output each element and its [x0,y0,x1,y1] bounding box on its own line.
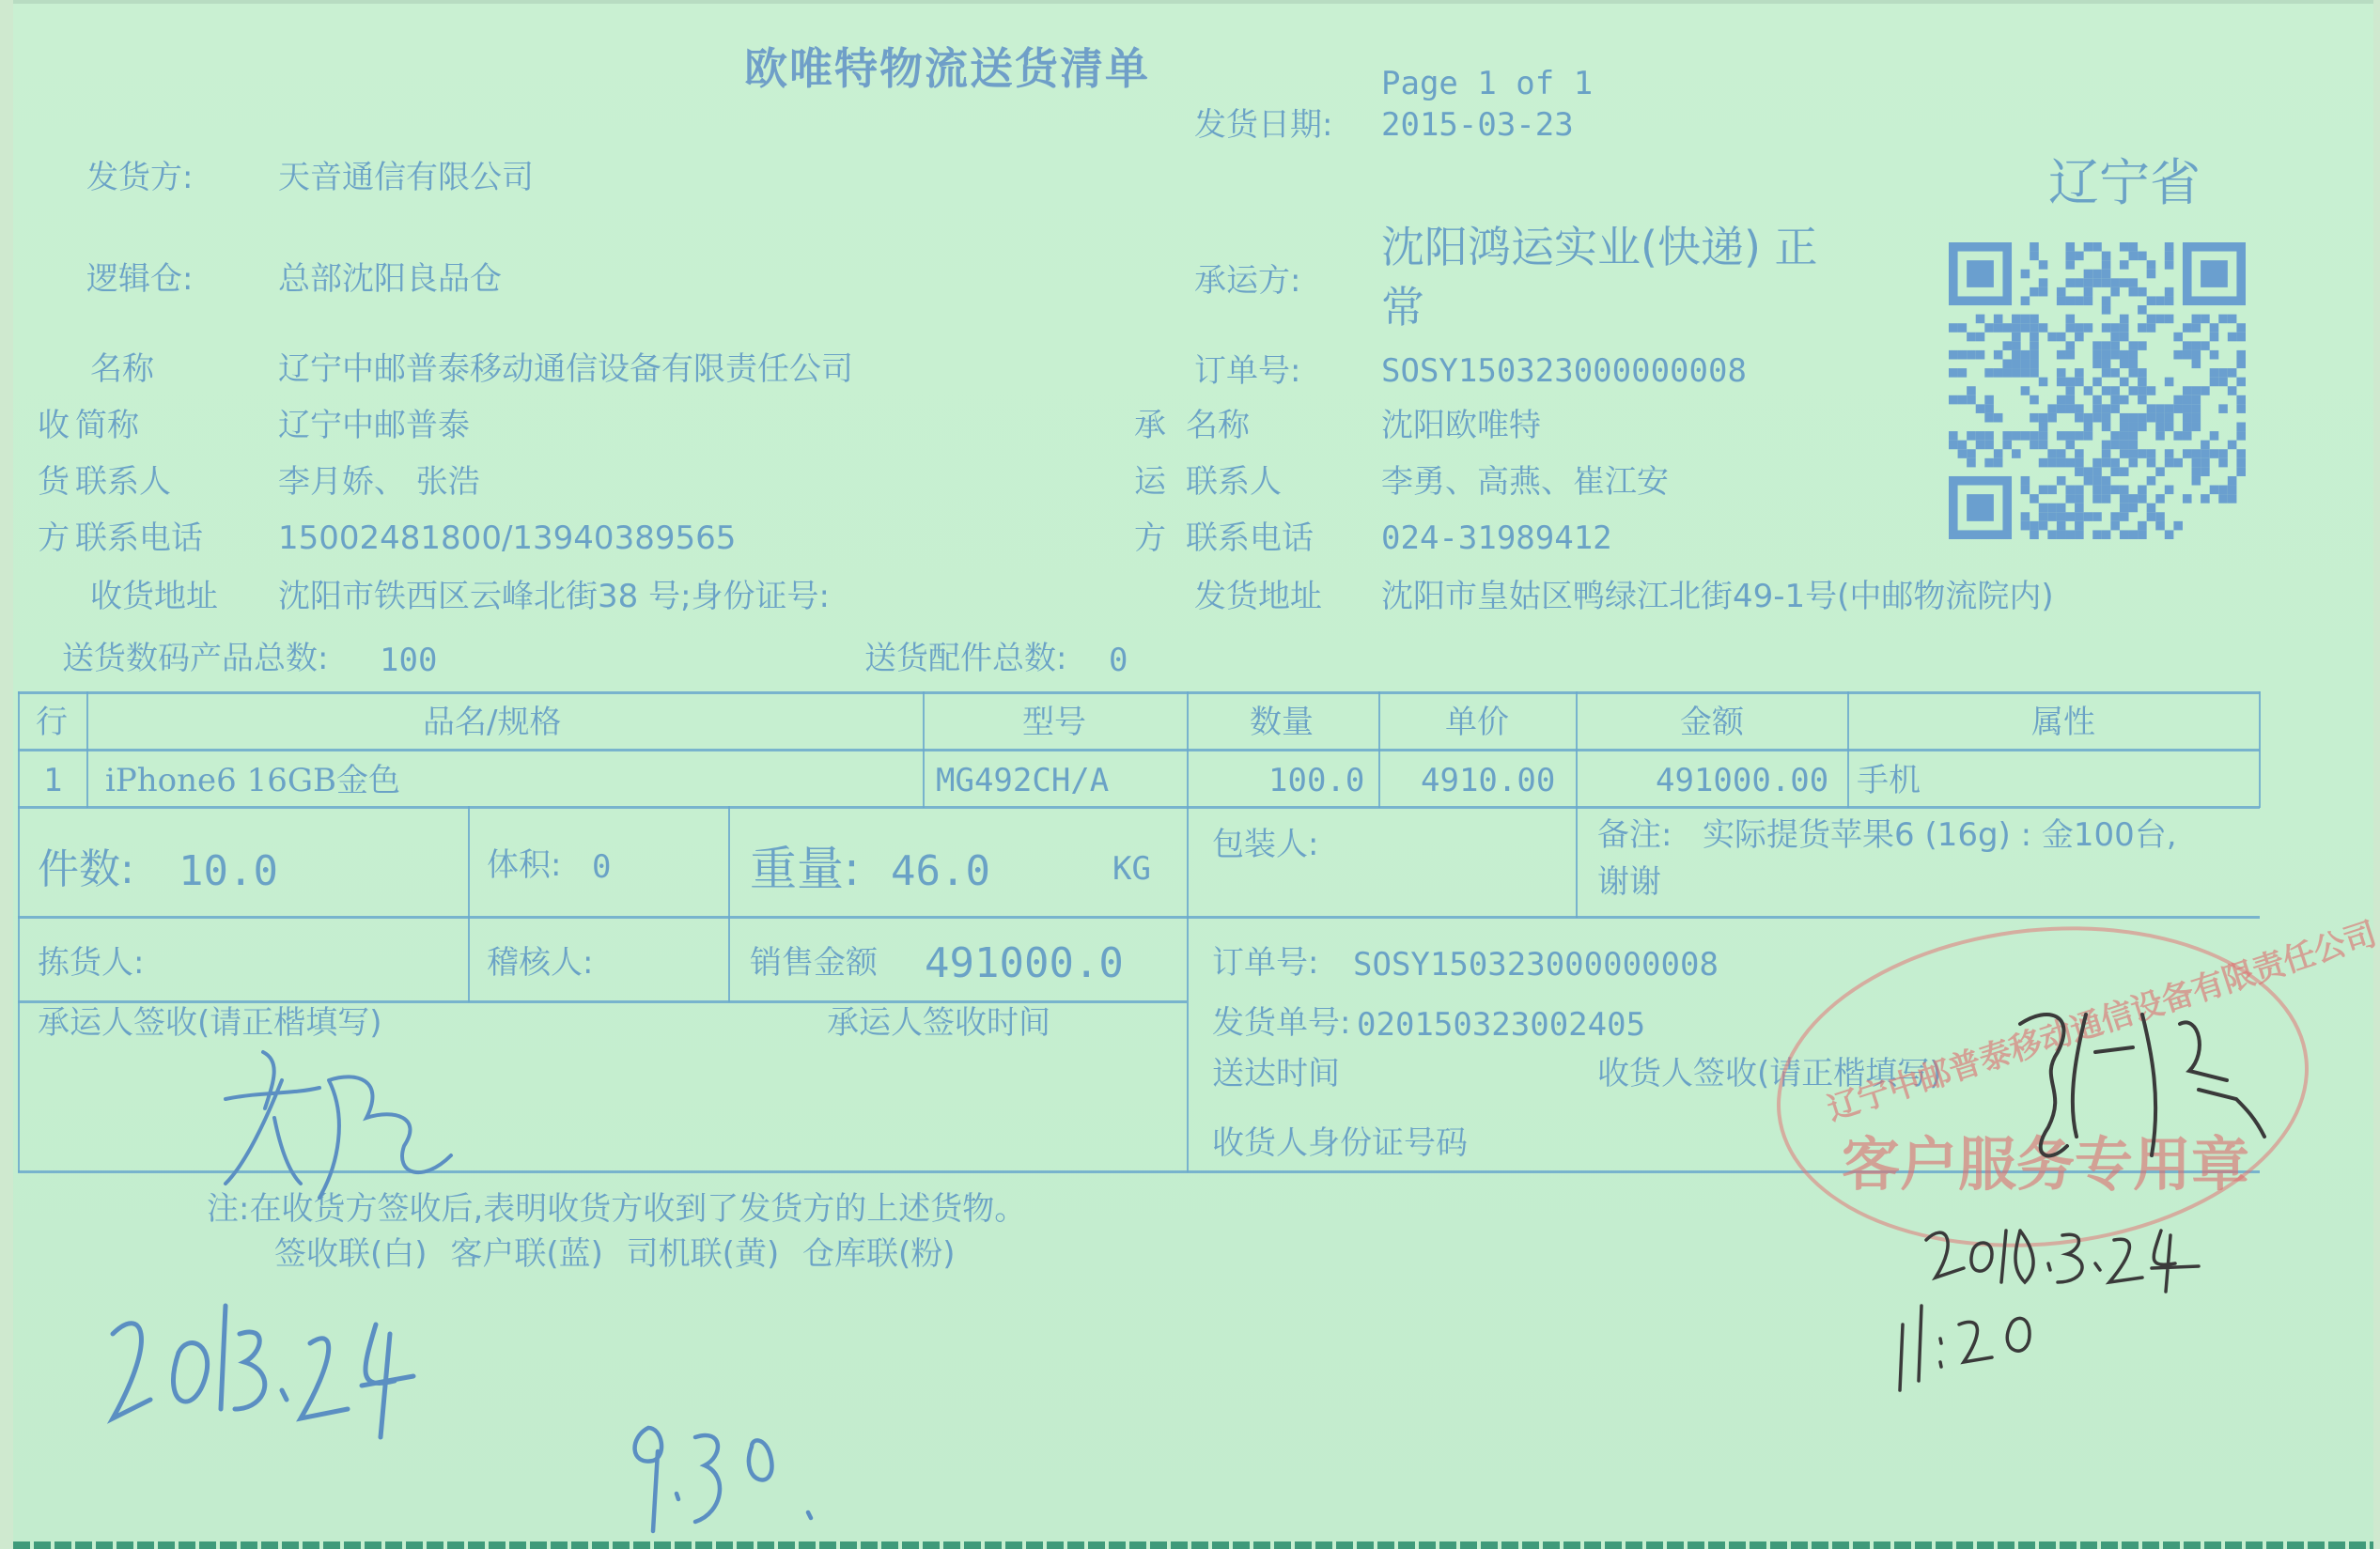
carrier-side-2: 运 [1134,466,1166,498]
col-header-model: 型号 [1022,706,1086,738]
carrier-label: 承运方: [1194,265,1300,297]
ship-no-value: 020150323002405 [1357,1009,1645,1041]
picker-label: 拣货人: [38,947,144,979]
carrier-contact-label: 联系人 [1186,466,1282,498]
pieces-value: 10.0 [179,851,278,892]
receiver-date-handwritten [1917,1212,2217,1296]
carrier-phone: 024-31989412 [1381,522,1612,554]
cell-attribute: 手机 [1857,765,1921,797]
cell-qty: 100.0 [1268,765,1364,797]
perforated-edge [13,1541,2373,1549]
table-line [728,806,730,1002]
table-line [86,691,88,808]
cell-model: MG492CH/A [936,765,1109,797]
table-line [18,806,2260,809]
cell-unit-price: 4910.00 [1421,765,1555,797]
carrier-value-line1: 沈阳鸿运实业(快递) 正 [1381,225,1818,269]
carrier-address: 沈阳市皇姑区鸭绿江北街49-1号(中邮物流院内) [1381,581,2054,612]
carrier-side-3: 方 [1134,522,1166,554]
remark-label: 备注: [1597,819,1672,851]
table-line [1187,691,1189,1172]
consignee-short: 辽宁中邮普泰 [278,410,470,441]
remark-value-line2: 谢谢 [1597,866,1661,898]
carrier-signature [207,1043,507,1202]
table-line [923,691,925,808]
shipper-label: 发货方: [86,162,193,194]
receiver-id-label: 收货人身份证号码 [1212,1127,1468,1159]
consignee-side-2: 货 [38,466,70,498]
digital-total: 100 [380,644,437,676]
consignee-address: 沈阳市铁西区云峰北街38 号;身份证号: [278,581,830,612]
order-no-label: 订单号: [1212,947,1318,979]
shipper-value: 天音通信有限公司 [278,162,534,194]
carrier-phone-label: 联系电话 [1186,522,1314,554]
cell-amount: 491000.00 [1656,765,1828,797]
accessory-total: 0 [1109,644,1128,676]
province-label: 辽宁省 [2048,158,2201,209]
remark-value: 实际提货苹果6 (16g) : 金100台, [1703,819,2177,851]
table-line [1847,691,1849,808]
carrier-order-label: 订单号: [1194,355,1300,387]
weight-unit: KG [1112,853,1151,885]
qr-code [1948,242,2247,539]
consignee-contact-label: 联系人 [75,466,171,498]
col-header-name: 品名/规格 [423,706,561,738]
sales-amount-value: 491000.0 [925,943,1124,984]
table-line [1576,691,1578,918]
col-header-unit-price: 单价 [1445,706,1509,738]
carrier-sign-label: 承运人签收(请正楷填写) [38,1007,382,1039]
cell-name: iPhone6 16GB金色 [105,765,400,797]
table-line [468,806,470,1002]
consignee-phone-label: 联系电话 [75,522,203,554]
col-header-line: 行 [36,706,68,738]
ship-no-label: 发货单号: [1212,1007,1350,1039]
cell-line: 1 [43,765,62,797]
table-line [2259,691,2261,808]
consignee-name-label: 名称 [90,353,154,385]
col-header-qty: 数量 [1250,706,1314,738]
table-line [18,749,2260,751]
table-line [18,1000,1187,1003]
carrier-date-handwritten [94,1296,583,1447]
sales-amount-label: 销售金额 [750,947,878,979]
warehouse-label: 逻辑仓: [86,263,193,295]
table-line [18,691,2260,694]
weight-value: 46.0 [891,851,990,892]
consignee-address-label: 收货地址 [90,581,218,612]
consignee-short-label: 简称 [75,410,139,441]
carrier-order-number: SOSY150323000000008 [1381,355,1747,387]
weight-label: 重量: [750,845,860,892]
delivery-time-label: 送达时间 [1212,1058,1340,1090]
volume-value: 0 [592,851,611,883]
ship-date-label: 发货日期: [1194,109,1332,141]
carrier-value-line2: 常 [1381,286,1424,329]
volume-label: 体积: [487,849,561,881]
carrier-sign-time-label: 承运人签收时间 [827,1007,1050,1039]
warehouse-value: 总部沈阳良品仓 [278,263,502,295]
table-line [1378,691,1380,808]
document-title: 欧唯特物流送货清单 [744,47,1150,90]
carrier-name-label: 名称 [1186,410,1250,441]
col-header-amount: 金额 [1680,706,1744,738]
footer-copies: 签收联(白) 客户联(蓝) 司机联(黄) 仓库联(粉) [274,1238,956,1270]
carrier-address-label: 发货地址 [1194,581,1322,612]
digital-total-label: 送货数码产品总数: [62,643,328,674]
carrier-contact: 李勇、高燕、崔江安 [1381,466,1669,498]
carrier-side-1: 承 [1134,410,1166,441]
col-header-attribute: 属性 [2031,706,2095,738]
pieces-label: 件数: [38,849,134,891]
order-no-value: SOSY150323000000008 [1353,949,1719,981]
consignee-side-3: 方 [38,522,70,554]
ship-date: 2015-03-23 [1381,109,1574,141]
carrier-time-handwritten [620,1409,846,1541]
accessory-total-label: 送货配件总数: [864,643,1066,674]
consignee-phone: 15002481800/13940389565 [278,522,736,554]
auditor-label: 稽核人: [487,947,593,979]
carrier-name: 沈阳欧唯特 [1381,410,1541,441]
packer-label: 包装人: [1212,829,1318,860]
table-line [18,916,2260,919]
consignee-contact: 李月娇、 张浩 [278,466,480,498]
receiver-time-handwritten [1889,1296,2077,1400]
consignee-name: 辽宁中邮普泰移动通信设备有限责任公司 [278,353,853,385]
consignee-side-1: 收 [38,410,70,441]
page-indicator: Page 1 of 1 [1381,68,1593,100]
table-line [18,691,20,1172]
receiver-signature [2001,996,2283,1174]
